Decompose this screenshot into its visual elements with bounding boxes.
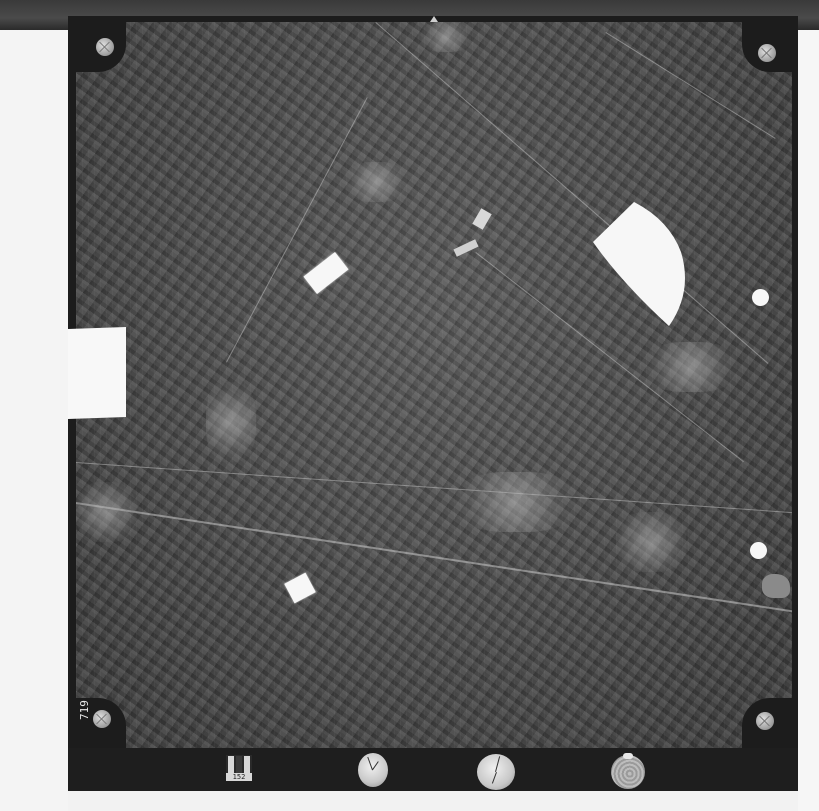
village-cluster-southwest	[76, 482, 136, 542]
level-bubble	[611, 755, 645, 789]
counter-label: 152	[226, 773, 252, 781]
village-cluster-southeast	[616, 512, 686, 572]
fiducial-mark-top-right	[758, 44, 776, 62]
center-tick-top	[430, 16, 438, 22]
paper-tab	[68, 327, 126, 419]
village-cluster-center-south	[456, 472, 576, 532]
village-cluster-north	[346, 162, 406, 202]
fiducial-mark-bottom-right	[756, 712, 774, 730]
clock-hand	[372, 761, 379, 770]
rectangular-mask	[303, 252, 348, 294]
grey-patch	[762, 574, 790, 598]
small-building-mask	[472, 208, 491, 230]
level-bubble-top	[623, 753, 633, 759]
road	[76, 462, 792, 513]
instrument-data-strip	[68, 748, 798, 791]
clock-dial	[358, 753, 388, 787]
village-cluster-top	[421, 22, 471, 52]
small-building-mask	[453, 239, 478, 256]
road	[375, 22, 768, 364]
scan-margin-left	[0, 30, 68, 811]
round-mask	[752, 289, 769, 306]
fiducial-mark-bottom-left	[93, 710, 111, 728]
round-mask	[750, 542, 767, 559]
altimeter-dial	[477, 754, 515, 790]
large-curved-mask	[591, 202, 691, 332]
fiducial-mark-top-left	[96, 38, 114, 56]
square-mask	[284, 573, 316, 604]
canal	[226, 97, 368, 362]
village-cluster-east	[646, 342, 736, 392]
aerial-photo	[76, 22, 792, 748]
altimeter-needle	[492, 772, 497, 784]
railway-line	[76, 502, 792, 612]
altimeter-needle	[495, 756, 500, 772]
village-cluster-west	[206, 382, 256, 462]
frame-number: 719	[75, 695, 95, 725]
scan-margin-right	[798, 30, 819, 811]
